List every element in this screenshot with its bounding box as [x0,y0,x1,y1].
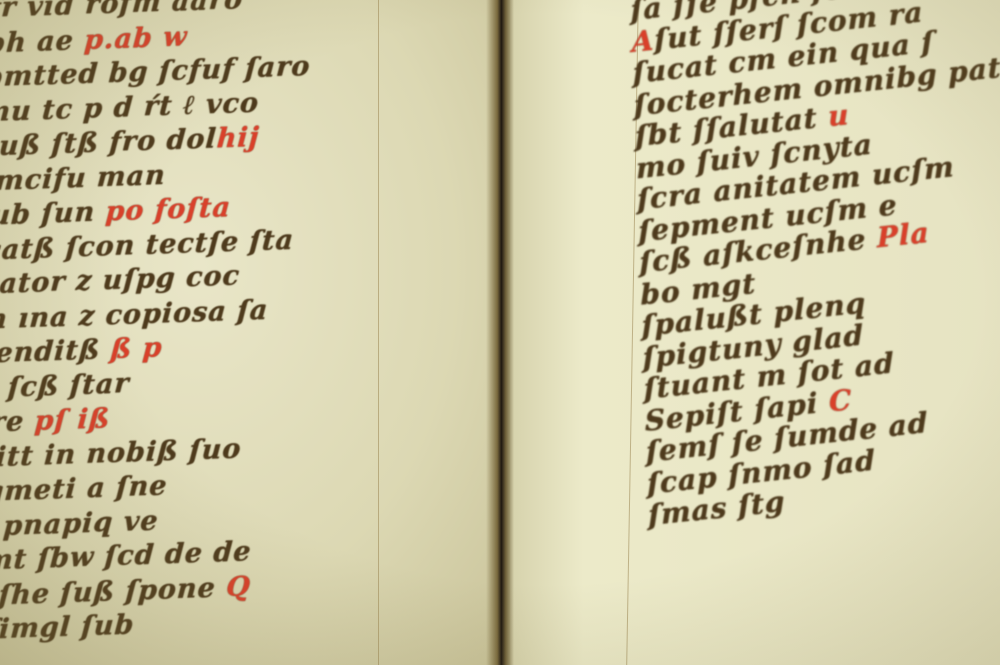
book-gutter [486,0,514,665]
ruling-line [378,0,379,665]
manuscript-right-page: ſa ſſe pſcn ſcom Aſut ſſerſ ſcom ra ſuca… [510,0,1000,665]
left-page-text: fr vid rofm aaro bh ae p.ab w bmtted bg … [0,0,316,650]
right-page-text: ſa ſſe pſcn ſcom Aſut ſſerſ ſcom ra ſuca… [630,0,1000,531]
manuscript-left-page: fr vid rofm aaro bh ae p.ab w bmtted bg … [0,0,500,665]
